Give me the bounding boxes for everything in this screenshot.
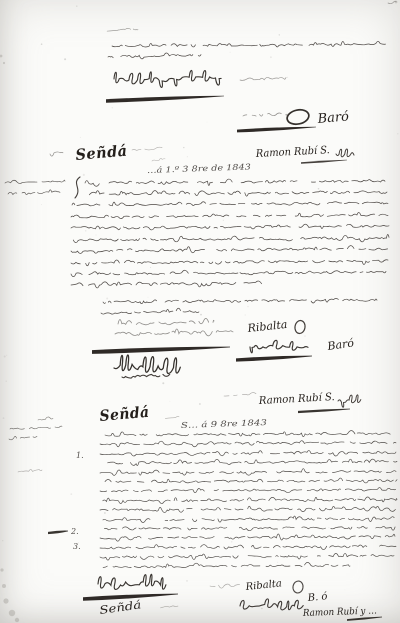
ink-strike-3 bbox=[92, 347, 230, 354]
signature-flourish-loops bbox=[114, 355, 180, 373]
margin-note-1a bbox=[5, 180, 65, 183]
header-smudge-1 bbox=[132, 147, 162, 150]
minutes-1-line-5 bbox=[71, 224, 389, 230]
margin-note-1b bbox=[8, 190, 60, 195]
margin-note-2b bbox=[9, 436, 37, 440]
margin-number-1: 1. bbox=[76, 451, 84, 460]
signature-faint-3a bbox=[118, 318, 214, 324]
ribalta-rubric-2 bbox=[292, 580, 304, 594]
manuscript-scan: Baró Señdá Ramon Rubí S. …á 1.º 3 8re de… bbox=[0, 0, 400, 623]
minutes-2-line-14 bbox=[100, 553, 394, 560]
minutes-1-line-7 bbox=[71, 246, 388, 254]
minutes-2-line-3 bbox=[100, 451, 396, 456]
secretary-underline-2 bbox=[298, 409, 350, 414]
signature-flo bbox=[98, 574, 166, 589]
minutes-2-line-1 bbox=[105, 431, 395, 437]
faint-note-top bbox=[107, 28, 138, 31]
minutes-2-line-13 bbox=[100, 545, 396, 550]
signature-illegible-1 bbox=[114, 70, 221, 87]
scan-noise bbox=[0, 1, 398, 623]
minutes-1-line-6 bbox=[73, 235, 389, 243]
baro-flourish-loop bbox=[286, 108, 310, 126]
minutes-2-line-10 bbox=[103, 516, 394, 523]
legible-text: Baró Señdá Ramon Rubí S. …á 1.º 3 8re de… bbox=[70, 109, 377, 619]
faint-note-2 bbox=[224, 393, 256, 396]
date-line-1: …á 1.º 3 8re de 1843 bbox=[147, 162, 251, 175]
secretary-rubric-1 bbox=[336, 149, 354, 157]
signature-baro-bottom: B. ó bbox=[306, 591, 328, 604]
header2-smudge bbox=[165, 416, 179, 418]
ribalta-rubric-1 bbox=[294, 320, 306, 335]
minutes-2-line-9 bbox=[100, 506, 395, 512]
signature-faint-2 bbox=[243, 113, 287, 116]
certification-line-2 bbox=[108, 53, 201, 59]
signature-faint-1 bbox=[240, 77, 286, 80]
corner-mark bbox=[388, 1, 400, 3]
minutes-2-line-4 bbox=[108, 459, 397, 465]
ink-strike-2 bbox=[237, 127, 316, 133]
minutes-1-line-3 bbox=[72, 202, 388, 206]
minutes-1-line-1 bbox=[85, 179, 385, 186]
signature-baro-top: Baró bbox=[316, 109, 350, 127]
signature-faint-3b bbox=[115, 329, 233, 336]
secretary-signature-1: Ramon Rubí S. bbox=[255, 144, 330, 160]
manuscript-page: Baró Señdá Ramon Rubí S. …á 1.º 3 8re de… bbox=[0, 0, 400, 623]
minutes-2-line-11 bbox=[104, 526, 395, 530]
margin-note-2-super bbox=[38, 417, 53, 420]
closing-1b bbox=[101, 308, 199, 314]
minutes-2-line-8 bbox=[103, 497, 397, 504]
margin-note-2a bbox=[10, 426, 62, 429]
margin-brace bbox=[75, 177, 80, 198]
signature-baro-mid: Baró bbox=[326, 336, 355, 353]
minutes-2-line-6 bbox=[105, 478, 397, 483]
secretary-underline-1 bbox=[301, 160, 347, 164]
secretary-rubric-2 bbox=[338, 395, 361, 407]
certification-line-1 bbox=[112, 41, 390, 47]
minutes-1-line-9 bbox=[71, 270, 386, 276]
minutes-2-line-7 bbox=[100, 488, 396, 493]
margin-mark-2 bbox=[18, 469, 42, 472]
signature-ribalta-2: Ribalta bbox=[244, 578, 282, 593]
heading-session-2: Señdá bbox=[99, 403, 150, 425]
date-line-2: S… á 9 8re 1843 bbox=[181, 418, 267, 430]
minutes-1-line-4 bbox=[71, 213, 388, 219]
ink-strike-4 bbox=[236, 356, 312, 362]
closing-1a bbox=[103, 298, 377, 303]
minutes-2-line-2 bbox=[100, 441, 396, 447]
flourish-underline bbox=[122, 374, 174, 378]
signature-illegible-3 bbox=[240, 599, 303, 610]
minutes-2-line-12 bbox=[100, 534, 395, 541]
secretary-signature-3: Ramon Rubí y … bbox=[302, 605, 377, 619]
faint-mark-bottom bbox=[210, 584, 240, 588]
heading-session-1: Señdá bbox=[75, 142, 128, 164]
minutes-2-line-5 bbox=[100, 469, 396, 476]
senda3-smudge bbox=[161, 606, 179, 608]
minutes-1-line-8 bbox=[71, 260, 388, 266]
ink-strike-1 bbox=[106, 96, 224, 103]
margin-dash bbox=[48, 531, 68, 535]
minutes-1-line-2 bbox=[89, 191, 387, 196]
margin-mark-1 bbox=[50, 152, 63, 156]
minutes-2-line-15 bbox=[103, 562, 350, 567]
margin-number-3: 3. bbox=[73, 542, 81, 551]
heading-bottom: Señdá bbox=[99, 598, 142, 617]
minutes-1-line-10 bbox=[71, 281, 267, 288]
margin-number-2: 2. bbox=[70, 527, 79, 536]
header-smudge-2 bbox=[152, 158, 165, 161]
signature-illegible-2 bbox=[250, 340, 308, 352]
signature-ribalta-1: Ribalta bbox=[246, 318, 288, 335]
secretary-signature-2: Ramon Rubí S. bbox=[258, 391, 335, 407]
handwriting-strokes bbox=[5, 1, 400, 621]
